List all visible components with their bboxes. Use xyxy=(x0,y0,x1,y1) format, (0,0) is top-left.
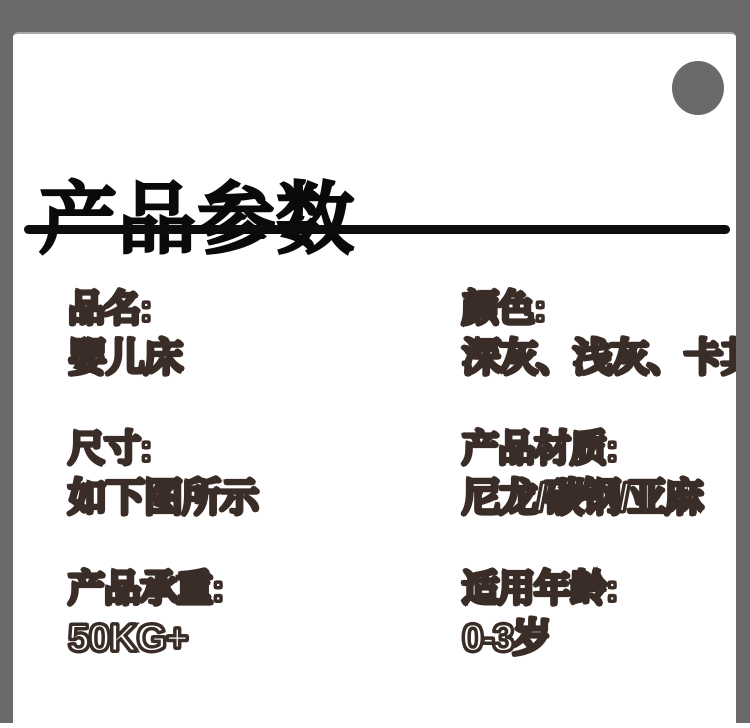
spec-item-load-capacity: 产品承重: 50KG+ xyxy=(68,564,223,664)
product-parameters-page: 产品参数 品名: 婴儿床 尺寸: 如下图所示 产品承重: 50KG+ 颜色: 深… xyxy=(0,0,750,728)
spec-card: 产品参数 品名: 婴儿床 尺寸: 如下图所示 产品承重: 50KG+ 颜色: 深… xyxy=(13,32,736,723)
spec-label: 颜色: xyxy=(462,284,736,334)
title-divider-line xyxy=(24,225,730,234)
spec-value: 婴儿床 xyxy=(68,334,182,384)
spec-item-product-name: 品名: 婴儿床 xyxy=(68,284,182,384)
spec-value: 尼龙/碳钢/亚麻 xyxy=(462,474,702,524)
spec-item-color: 颜色: 深灰、浅灰、卡其 xyxy=(462,284,736,384)
spec-value: 深灰、浅灰、卡其 xyxy=(462,334,736,384)
spec-label: 产品材质: xyxy=(462,424,702,474)
decorative-circle xyxy=(672,61,724,115)
spec-label: 适用年龄: xyxy=(462,564,617,614)
spec-item-material: 产品材质: 尼龙/碳钢/亚麻 xyxy=(462,424,702,524)
spec-label: 产品承重: xyxy=(68,564,223,614)
page-title: 产品参数 xyxy=(39,180,355,258)
spec-value: 如下图所示 xyxy=(68,474,258,524)
spec-label: 尺寸: xyxy=(68,424,258,474)
spec-label: 品名: xyxy=(68,284,182,334)
bottom-white-strip xyxy=(0,723,750,728)
spec-item-age-range: 适用年龄: 0-3岁 xyxy=(462,564,617,664)
spec-item-size: 尺寸: 如下图所示 xyxy=(68,424,258,524)
spec-value: 0-3岁 xyxy=(462,614,617,664)
spec-value: 50KG+ xyxy=(68,614,223,664)
